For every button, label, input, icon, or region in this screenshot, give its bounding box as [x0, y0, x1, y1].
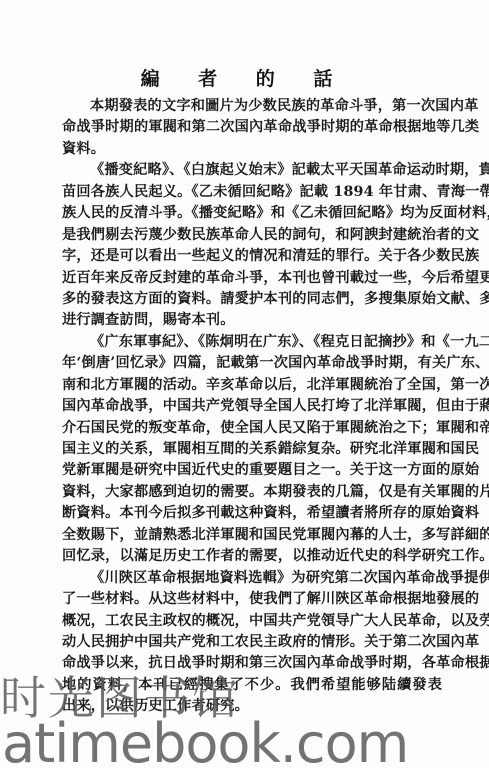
- text-line: 动人民拥护中国共产党和工农民主政府的情形。关于第二次国內革: [62, 632, 442, 653]
- text-line: 《广东軍事紀》、《陈炯明在广东》、《程克日記摘抄》和《一九二六: [62, 332, 442, 353]
- text-line: 命战爭以来，抗日战爭时期和第三次国內革命战爭时期，各革命根据: [62, 653, 442, 674]
- text-line: 地的資料，本刊已經搜集了不少。我們希望能够陆續發表: [62, 675, 442, 696]
- text-line: 多的發表这方面的資料。請愛护本刊的同志們，多搜集原始文献、多: [62, 289, 442, 310]
- text-line: 資料，大家都感到迫切的需要。本期發表的几篇，仅是有关軍閥的片: [62, 482, 442, 503]
- text-line: 《播变紀略》、《白旗起义始末》記載太平天国革命运动时期，貴州: [62, 160, 442, 181]
- text-line: 本期發表的文字和圖片为少数民族的革命斗爭，第一次国内革: [62, 96, 442, 117]
- text-line: 概况，工农民主政权的概况，中国共产党領导广大人民革命，以及劳: [62, 611, 442, 632]
- document-body: 本期發表的文字和圖片为少数民族的革命斗爭，第一次国内革命战爭时期的軍閥和第二次国…: [62, 96, 442, 718]
- watermark-site: atimebook.com: [2, 712, 408, 768]
- text-line: 全数賜下，並請熟悉北洋軍閥和国民党軍閥內幕的人士，多写詳細的: [62, 525, 442, 546]
- page-title: 編 者 的 話: [0, 64, 489, 91]
- text-line: 进行調查訪問，賜寄本刊。: [62, 310, 442, 331]
- text-line: 了一些材料。从这些材料中，使我們了解川陝区革命根据地發展的: [62, 589, 442, 610]
- text-line: 介石国民党的叛变革命，使全国人民又陷于軍閥統治之下；軍閥和帝: [62, 418, 442, 439]
- text-line: 年‘倒唐’回忆录》四篇，記載第一次国內革命战爭时期，有关广东、云: [62, 353, 442, 374]
- text-line: 苗回各族人民起义。《乙未循回紀略》記載 1894 年甘肃、青海一帶回: [62, 182, 442, 203]
- text-line: 断資料。本刊今后拟多刊載这种資料，希望讀者將所存的原始資料: [62, 503, 442, 524]
- text-line: 是我們剔去污蔑少数民族革命人民的詞句，和阿諛封建統治者的文: [62, 225, 442, 246]
- text-line: 族人民的反清斗爭。《播变紀略》和《乙未循回紀略》均为反面材料，但: [62, 203, 442, 224]
- text-line: 党新軍閥是研究中国近代史的重要題目之一。关于这一方面的原始: [62, 460, 442, 481]
- text-line: 近百年来反帝反封建的革命斗爭，本刊也曾刊載过一些，今后希望更: [62, 268, 442, 289]
- text-line: 出来，以供历史工作者研究。: [62, 696, 442, 717]
- text-line: 字，还是可以看出一些起义的情况和清廷的罪行。关于各少数民族: [62, 246, 442, 267]
- text-line: 命战爭时期的軍閥和第二次国內革命战爭时期的革命根据地等几类: [62, 117, 442, 138]
- document-page: 編 者 的 話 本期發表的文字和圖片为少数民族的革命斗爭，第一次国内革命战爭时期…: [0, 0, 489, 768]
- text-line: 《川陝区革命根据地資料选輯》为研究第二次国內革命战爭提供: [62, 568, 442, 589]
- text-line: 国內革命战爭，中国共产党領导全国人民打垮了北洋軍閥，但由于蔣: [62, 396, 442, 417]
- text-line: 国主义的关系，軍閥相互間的关系錯綜复杂。研究北洋軍閥和国民: [62, 439, 442, 460]
- text-line: 南和北方軍閥的活动。辛亥革命以后，北洋軍閥統治了全国，第一次: [62, 375, 442, 396]
- text-line: 資料。: [62, 139, 442, 160]
- text-line: 回忆录，以滿足历史工作者的需要，以推动近代史的科学研究工作。: [62, 546, 442, 567]
